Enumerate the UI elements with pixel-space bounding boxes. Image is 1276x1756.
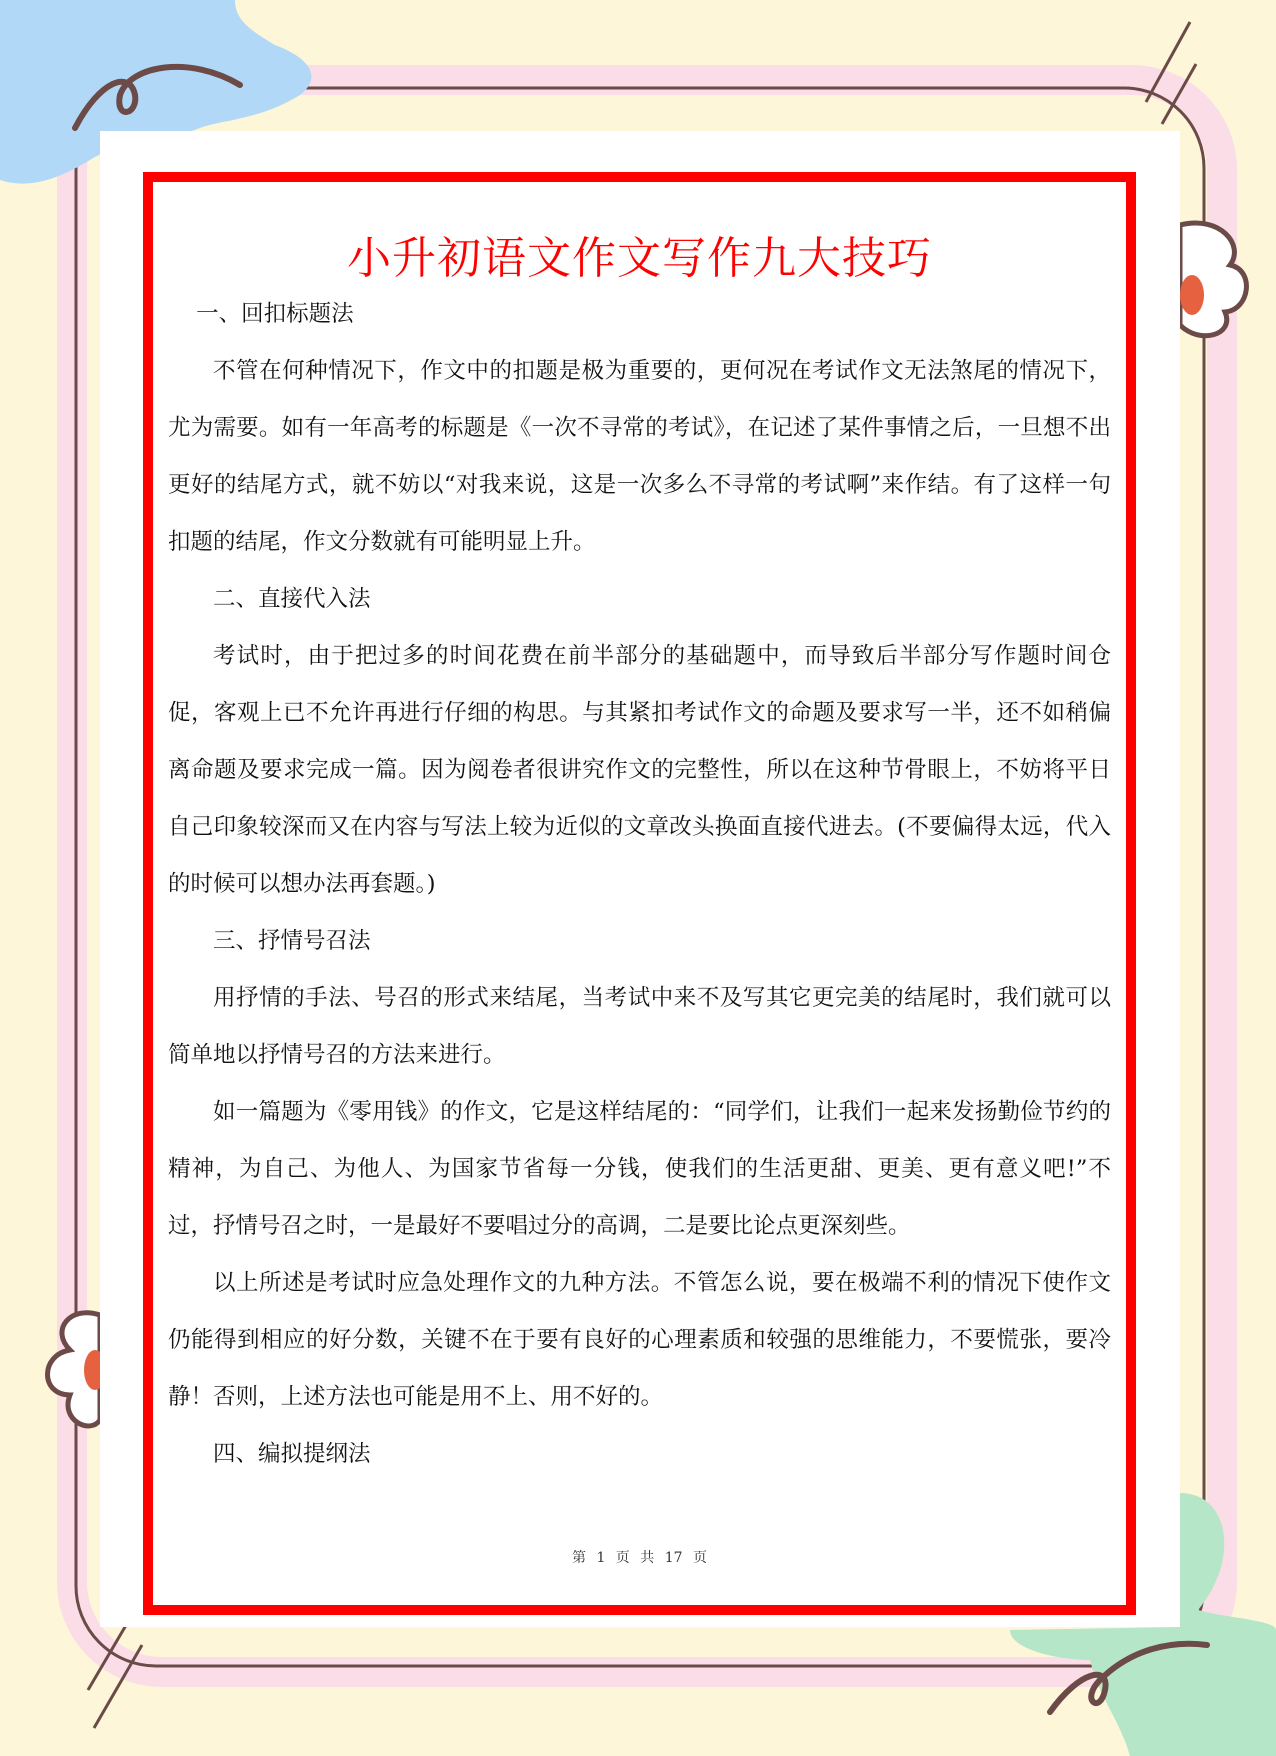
section-heading-2: 二、直接代入法 <box>168 571 1111 628</box>
section-heading-3: 三、抒情号召法 <box>168 913 1111 970</box>
paragraph: 不管在何种情况下，作文中的扣题是极为重要的，更何况在考试作文无法煞尾的情况下，尤… <box>168 343 1111 571</box>
paragraph: 如一篇题为《零用钱》的作文，它是这样结尾的：“同学们，让我们一起来发扬勤俭节约的… <box>168 1084 1111 1255</box>
section-heading-4: 四、编拟提纲法 <box>168 1426 1111 1483</box>
red-border-frame: 小升初语文作文写作九大技巧 一、回扣标题法 不管在何种情况下，作文中的扣题是极为… <box>143 172 1136 1615</box>
document-body: 一、回扣标题法 不管在何种情况下，作文中的扣题是极为重要的，更何况在考试作文无法… <box>168 286 1111 1483</box>
paragraph: 考试时，由于把过多的时间花费在前半部分的基础题中，而导致后半部分写作题时间仓促，… <box>168 628 1111 913</box>
paragraph: 用抒情的手法、号召的形式来结尾，当考试中来不及写其它更完美的结尾时，我们就可以简… <box>168 970 1111 1084</box>
section-heading-1: 一、回扣标题法 <box>168 286 1111 343</box>
page-title: 小升初语文作文写作九大技巧 <box>153 222 1126 286</box>
flower-bottom-left <box>48 1313 107 1426</box>
page-number-footer: 第 1 页 共 17 页 <box>153 1547 1126 1567</box>
paragraph: 以上所述是考试时应急处理作文的九种方法。不管怎么说，要在极端不利的情况下使作文仍… <box>168 1255 1111 1426</box>
